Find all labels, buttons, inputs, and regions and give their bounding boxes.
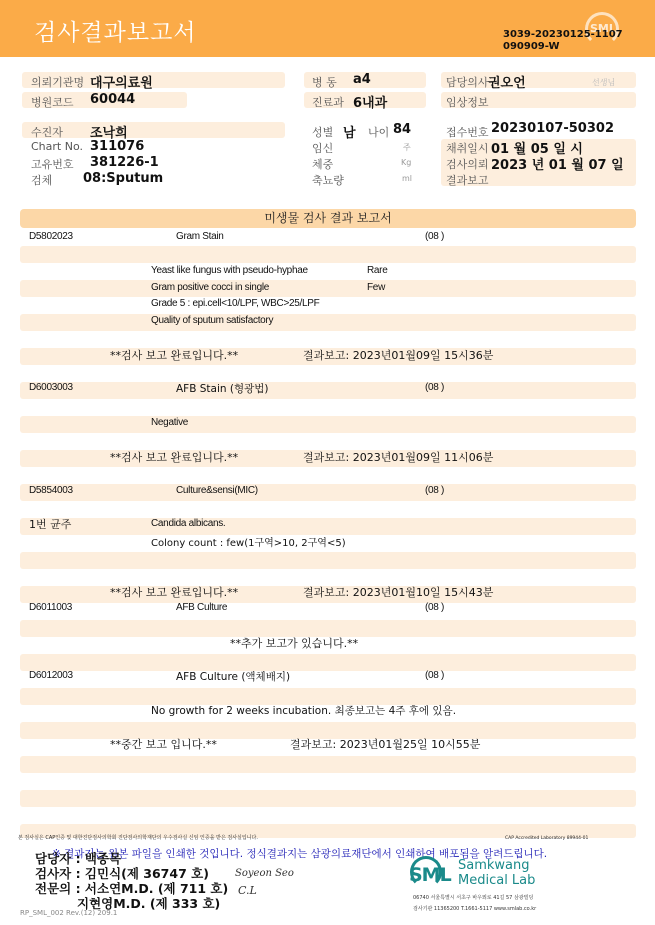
- receipt-label: 접수번호: [446, 124, 489, 140]
- clinical-info-label: 임상정보: [446, 94, 489, 110]
- lab-logo: SML: [409, 864, 451, 886]
- receipt-value: 20230107-50302: [491, 121, 614, 136]
- pregnancy-unit: 주: [403, 142, 411, 153]
- department-label: 진료과: [312, 94, 344, 110]
- result-text: Candida albicans.: [151, 518, 225, 529]
- test-code: D5854003: [29, 485, 73, 496]
- lab-name-line1: Samkwang: [458, 858, 535, 873]
- row-stripe: [20, 518, 636, 535]
- test-name: AFB Culture (액체배지): [176, 669, 290, 684]
- form-code: RP_SML_002 Rev.(12) 209.1: [20, 909, 117, 917]
- institution-value: 대구의료원: [90, 72, 153, 91]
- test-specimen: (08 ): [425, 231, 444, 242]
- test-specimen: (08 ): [425, 602, 444, 613]
- section-title: 미생물 검사 결과 보고서: [20, 209, 636, 228]
- department-value: 6내과: [353, 92, 387, 111]
- isolate-label: 1번 균주: [29, 516, 71, 532]
- test-code: D6003003: [29, 382, 73, 393]
- id-value: 381226-1: [90, 155, 159, 170]
- hospital-code-value: 60044: [90, 92, 135, 107]
- report-status: **중간 보고 입니다.**: [110, 736, 217, 752]
- test-name: AFB Culture: [176, 602, 227, 613]
- row-stripe: [20, 382, 636, 399]
- lab-address: 06740 서울특별시 서초구 바우뫼로 41길 57 삼광빌딩: [413, 894, 533, 901]
- result-text: Gram positive cocci in single: [151, 282, 269, 293]
- report-time: 결과보고: 2023년01월25일 10시55분: [290, 736, 480, 752]
- result-text: Grade 5 : epi.cell<10/LPF, WBC>25/LPF: [151, 298, 319, 309]
- doc-number-line2: 090909-W: [503, 41, 623, 53]
- accreditation-note: 본 검사실은 CAP인증 및 대한진단검사의학회 진단검사의학재단의 우수검사실…: [18, 834, 258, 841]
- result-text: Quality of sputum satisfactory: [151, 315, 273, 326]
- signature-2: C.L: [238, 884, 257, 897]
- report-status: **검사 보고 완료입니다.**: [110, 347, 238, 363]
- row-stripe: [20, 280, 636, 297]
- staff-specialist-1: 전문의 : 서소연M.D. (제 711 호): [35, 881, 228, 896]
- id-label: 고유번호: [31, 156, 74, 172]
- report-time: 결과보고: 2023년01월09일 15시36분: [303, 347, 493, 363]
- collected-label: 채취일시: [446, 140, 489, 156]
- staff-examiner: 검사자 : 김민식(제 36747 호): [35, 866, 228, 881]
- weight-unit: Kg: [401, 158, 411, 167]
- test-name: Culture&sensi(MIC): [176, 485, 258, 496]
- lab-contact: 검사기관 11365200 T.1661-5117 www.smlab.co.k…: [413, 905, 536, 912]
- age-value: 84: [393, 122, 411, 137]
- test-specimen: (08 ): [425, 485, 444, 496]
- row-stripe: [20, 314, 636, 331]
- specimen-label: 검체: [31, 172, 52, 188]
- patient-label: 수진자: [31, 124, 63, 140]
- report-status: **검사 보고 완료입니다.**: [110, 584, 238, 600]
- test-name: AFB Stain (형광법): [176, 381, 269, 396]
- urine-unit: ml: [402, 174, 412, 183]
- test-code: D6011003: [29, 602, 72, 613]
- chart-label: Chart No.: [31, 140, 83, 153]
- test-code: D6012003: [29, 670, 73, 681]
- doc-number-line1: 3039-20230125-1107: [503, 29, 623, 41]
- institution-label: 의뢰기관명: [31, 74, 84, 90]
- doctor-label: 담당의사: [446, 74, 489, 90]
- age-label: 나이: [368, 124, 389, 140]
- signature-1: Soyeon Seo: [235, 868, 294, 879]
- report-time: 결과보고: 2023년01월10일 15시43분: [303, 584, 493, 600]
- staff-manager: 담당자 : 백종목: [35, 851, 228, 866]
- result-grade: Few: [367, 282, 385, 293]
- reported-label: 결과보고: [446, 172, 489, 188]
- result-grade: Rare: [367, 265, 387, 276]
- test-name: Gram Stain: [176, 231, 224, 242]
- ward-value: a4: [353, 72, 371, 87]
- row-stripe: [20, 790, 636, 807]
- sex-value: 남: [343, 122, 356, 141]
- specimen-value: 08:Sputum: [83, 171, 163, 186]
- result-text: Colony count : few(1구역>10, 2구역<5): [151, 534, 346, 549]
- chart-value: 311076: [90, 139, 144, 154]
- report-time: 결과보고: 2023년01월09일 11시06분: [303, 449, 493, 465]
- row-stripe: [20, 484, 636, 501]
- lab-name: Samkwang Medical Lab: [458, 858, 535, 888]
- row-stripe: [20, 756, 636, 773]
- page-title: 검사결과보고서: [34, 14, 197, 47]
- cap-number: CAP Accredited Laboratory 89944-01: [505, 836, 588, 841]
- document-number: 3039-20230125-1107 090909-W: [503, 29, 623, 53]
- requested-label: 검사의뢰: [446, 156, 489, 172]
- doctor-suffix: 선생님: [592, 77, 615, 88]
- result-text: No growth for 2 weeks incubation. 최종보고는 …: [151, 703, 456, 718]
- staff-list: 담당자 : 백종목 검사자 : 김민식(제 36747 호) 전문의 : 서소연…: [35, 851, 228, 911]
- test-specimen: (08 ): [425, 670, 444, 681]
- result-text: Negative: [151, 417, 188, 428]
- row-stripe: [20, 416, 636, 433]
- ward-label: 병 동: [312, 74, 337, 90]
- row-stripe: [20, 246, 636, 263]
- requested-value: 2023 년 01 월 07 일: [491, 154, 624, 173]
- report-status: **검사 보고 완료입니다.**: [110, 449, 238, 465]
- test-code: D5802023: [29, 231, 73, 242]
- doctor-value: 권오언: [488, 72, 526, 91]
- sex-label: 성별: [312, 124, 333, 140]
- weight-label: 체중: [312, 156, 333, 172]
- urine-label: 축뇨량: [312, 172, 344, 188]
- row-stripe: [20, 654, 636, 671]
- result-text: Yeast like fungus with pseudo-hyphae: [151, 265, 308, 276]
- report-status: **추가 보고가 있습니다.**: [230, 635, 358, 651]
- hospital-code-label: 병원코드: [31, 94, 74, 110]
- test-specimen: (08 ): [425, 382, 444, 393]
- row-stripe: [20, 552, 636, 569]
- lab-name-line2: Medical Lab: [458, 873, 535, 888]
- pregnancy-label: 임신: [312, 140, 333, 156]
